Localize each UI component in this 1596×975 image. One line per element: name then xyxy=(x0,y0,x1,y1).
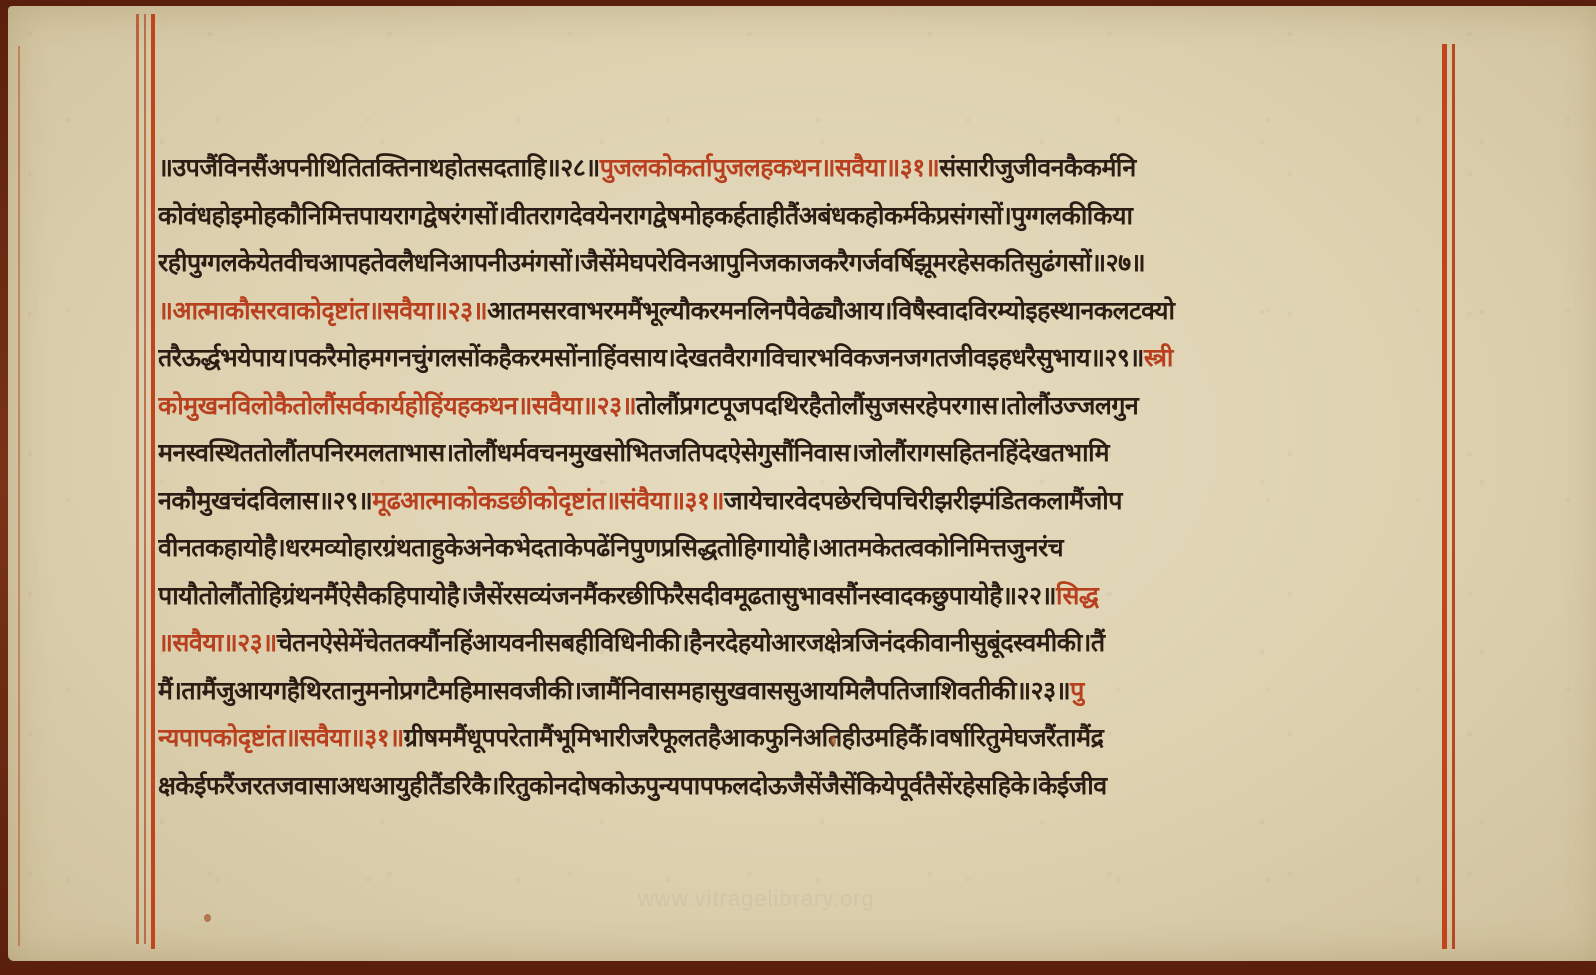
rubric-text: सिद्ध xyxy=(1056,581,1098,610)
rubric-text: ॥आत्माकौसरवाकोदृष्टांत॥सवैया॥२३॥ xyxy=(158,296,487,325)
manuscript-line: ॥आत्माकौसरवाकोदृष्टांत॥सवैया॥२३॥आतमसरवाभ… xyxy=(158,287,1448,335)
body-text: पायौतोलौंतोहिग्रंथनमैंऐसैकहिपायोहै।जैसें… xyxy=(158,581,1056,610)
left-margin-rule xyxy=(136,14,139,944)
manuscript-line: न्यपापकोदृष्टांत॥सवैया॥३१॥ग्रीषममैंधूपपर… xyxy=(158,714,1448,762)
left-margin-rule xyxy=(144,14,146,944)
manuscript-folio: ॥उपजैंविनसैंअपनीथितितक्तिनाथहोतसदताहि॥२८… xyxy=(8,6,1596,961)
body-text: नकौमुखचंदविलास॥२९॥ xyxy=(158,486,372,515)
manuscript-line: ॥सवैया॥२३॥चेतनऐसेमेंचेततक्यौंनहिंआयवनीसब… xyxy=(158,619,1448,667)
rubric-text: मूढआत्माकोकडछीकोदृष्टांत॥संवैया॥३१॥ xyxy=(372,486,724,515)
right-margin-rule xyxy=(1452,44,1455,949)
manuscript-line: पायौतोलौंतोहिग्रंथनमैंऐसैकहिपायोहै।जैसें… xyxy=(158,572,1448,620)
rubric-text: न्यपापकोदृष्टांत॥सवैया॥३१॥ xyxy=(158,723,404,752)
rubric-text: स्त्री xyxy=(1144,343,1173,372)
ink-stain xyxy=(204,914,211,922)
manuscript-line: क्षकेईफरैंजरतजवासाअधआयुहीतैंडरिकै।रितुको… xyxy=(158,762,1448,810)
body-text: क्षकेईफरैंजरतजवासाअधआयुहीतैंडरिकै।रितुको… xyxy=(158,771,1107,800)
body-text: आतमसरवाभरममैंभूल्यौकरमनलिनपैवेढ्यौआय।विष… xyxy=(487,296,1174,325)
manuscript-line: वीनतकहायोहै।धरमव्योहारग्रंथताहुकेअनेकभेद… xyxy=(158,524,1448,572)
outer-margin-rule xyxy=(18,46,20,946)
body-text: जायेचारवेदपछेरचिपचिरीझरीझ्पंडितकलामैंजोप xyxy=(724,486,1122,515)
body-text: चेतनऐसेमेंचेततक्यौंनहिंआयवनीसबहीविधिनीकी… xyxy=(277,628,1105,657)
manuscript-line: रहीपुग्गलकेयेतवीचआपहतेवलैधनिआपनीउमंगसों।… xyxy=(158,239,1448,287)
manuscript-line: कोवंधहोइमोहकौनिमित्तपायरागद्वेषरंगसों।वी… xyxy=(158,192,1448,240)
body-text: रहीपुग्गलकेयेतवीचआपहतेवलैधनिआपनीउमंगसों।… xyxy=(158,248,1145,277)
manuscript-line: ॥उपजैंविनसैंअपनीथितितक्तिनाथहोतसदताहि॥२८… xyxy=(158,144,1448,192)
body-text: तोलौंप्रगटपूजपदथिरहैतोलौंसुजसरहेपरगास।तो… xyxy=(636,391,1138,420)
rubric-text: ॥सवैया॥२३॥ xyxy=(158,628,277,657)
rubric-text: पुजलकोकर्तापुजलहकथन॥सवैया॥३१॥ xyxy=(600,153,940,182)
watermark: www.vitragelibrary.org xyxy=(638,886,875,912)
body-text: मैं।तामैंजुआयगहैथिरतानुमनोप्रगटैमहिमासवज… xyxy=(158,676,1070,705)
body-text: संसारीजुजीवनकैकर्मनि xyxy=(939,153,1136,182)
manuscript-line: कोमुखनविलोकैतोलौंसर्वकार्यहोहिंयहकथन॥सवै… xyxy=(158,382,1448,430)
ink-stain xyxy=(830,736,836,746)
rubric-text: पु xyxy=(1070,676,1084,705)
manuscript-line: नकौमुखचंदविलास॥२९॥मूढआत्माकोकडछीकोदृष्टा… xyxy=(158,477,1448,525)
manuscript-line: तरैऊर्द्धभयेपाय।पकरैमोहमगनचुंगलसोंकहैकरम… xyxy=(158,334,1448,382)
manuscript-text-block: ॥उपजैंविनसैंअपनीथितितक्तिनाथहोतसदताहि॥२८… xyxy=(158,144,1448,809)
body-text: ॥उपजैंविनसैंअपनीथितितक्तिनाथहोतसदताहि॥२८… xyxy=(158,153,600,182)
rubric-text: कोमुखनविलोकैतोलौंसर्वकार्यहोहिंयहकथन॥सवै… xyxy=(158,391,636,420)
left-margin-rule xyxy=(151,14,155,949)
body-text: ग्रीषममैंधूपपरेतामैंभूमिभारीजरैफूलतहैआकफ… xyxy=(404,723,1104,752)
body-text: वीनतकहायोहै।धरमव्योहारग्रंथताहुकेअनेकभेद… xyxy=(158,533,1063,562)
body-text: तरैऊर्द्धभयेपाय।पकरैमोहमगनचुंगलसोंकहैकरम… xyxy=(158,343,1144,372)
manuscript-line: मैं।तामैंजुआयगहैथिरतानुमनोप्रगटैमहिमासवज… xyxy=(158,667,1448,715)
body-text: मनस्वस्थिततोलौंतपनिरमलताभास।तोलौंधर्मवचन… xyxy=(158,438,1109,467)
manuscript-line: मनस्वस्थिततोलौंतपनिरमलताभास।तोलौंधर्मवचन… xyxy=(158,429,1448,477)
body-text: कोवंधहोइमोहकौनिमित्तपायरागद्वेषरंगसों।वी… xyxy=(158,201,1132,230)
